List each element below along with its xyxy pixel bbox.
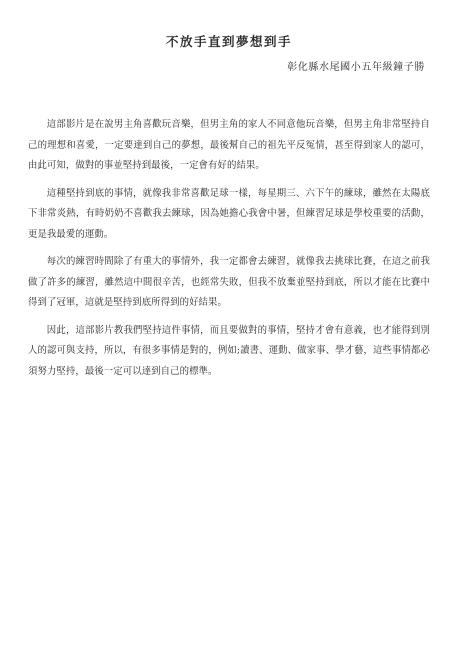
paragraph-2: 這種堅持到底的事情，就像我非常喜歡足球一樣，每星期三、六下午的練球，雖然在太陽底… (28, 184, 430, 246)
paragraph-1: 這部影片是在說男主角喜歡玩音樂，但男主角的家人不同意他玩音樂，但男主角非常堅持自… (28, 115, 430, 177)
author-byline: 彰化縣水尾國小五年級鐘子勝 (0, 61, 425, 75)
document-body: 這部影片是在說男主角喜歡玩音樂，但男主角的家人不同意他玩音樂，但男主角非常堅持自… (28, 115, 430, 382)
paragraph-3: 每次的練習時間除了有重大的事情外，我一定都會去練習，就像我去挑球比賽，在這之前我… (28, 252, 430, 314)
paragraph-4: 因此，這部影片教我們堅持這件事情，而且要做對的事情，堅持才會有意義，也才能得到別… (28, 321, 430, 383)
document-page: 不放手直到夢想到手 彰化縣水尾國小五年級鐘子勝 這部影片是在說男主角喜歡玩音樂，… (0, 0, 458, 648)
document-title: 不放手直到夢想到手 (0, 0, 458, 49)
